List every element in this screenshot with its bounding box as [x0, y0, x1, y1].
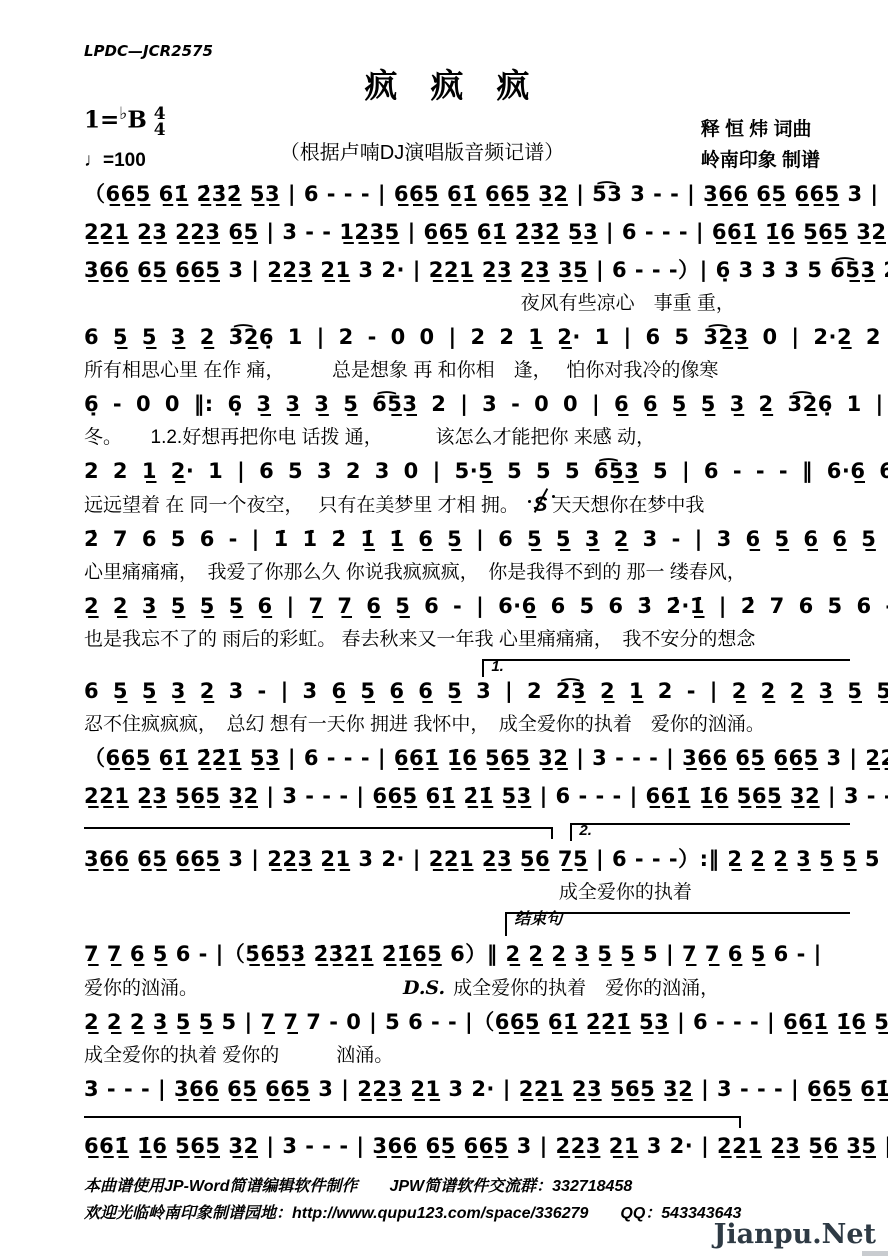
- ending-label: 结束句: [514, 912, 562, 927]
- music-system-7: 2̇ 7 6 5 6 - | 1̇ 1̇ 2̇ 1̲̇ 1̲̇ 6̲ 5̲ | …: [84, 521, 850, 588]
- music-system-16: 6̲6̲1̲̇ 1̲̇6̲ 5̲6̲5̲ 3̲2̲ | 3 - - - | 3̲…: [84, 1128, 850, 1165]
- notation-line: （6̲6̲5̲ 6̲1̲̇ 2̲̇3̲̇2̲̇ 5̲3̲ | 6 - - - |…: [84, 176, 850, 213]
- notation-line: 3̲6̲6̲ 6̲5̲ 6̲6̲5̲ 3 | 2̲2̲3̲ 2̲1̲ 3 2· …: [84, 841, 850, 878]
- lyrics-line: 冬。 1.2.好想再把你电 话拨 通， 该怎么才能把你 来感 动，: [84, 423, 850, 453]
- key-tonic: B: [127, 107, 146, 134]
- catalog-number: LPDC—JCR2575: [84, 42, 213, 60]
- lyrics-segment: 爱你的汹涌。: [84, 978, 198, 999]
- volta-label: 2.: [579, 823, 592, 838]
- volta-1-continuation-line: [84, 827, 553, 839]
- lyrics-line: 忍不住疯疯疯， 总幻 想有一天你 拥进 我怀中， 成全爱你的执着 爱你的汹涌。: [84, 710, 850, 740]
- music-system-15: 3 - - - | 3̲6̲6̲ 6̲5̲ 6̲6̲5̲ 3 | 2̲2̲3̲ …: [84, 1071, 850, 1108]
- music-system-2: 2̲2̲1̲ 2̲3̲ 2̲2̲3̲ 6̲5̲ | 3 - - 1̲2̲3̲5̲…: [84, 214, 850, 251]
- segno-letter: S: [533, 493, 547, 516]
- notation-line: 6̲6̲1̲̇ 1̲̇6̲ 5̲6̲5̲ 3̲2̲ | 3 - - - | 3̲…: [84, 1128, 850, 1165]
- segno-icon: S: [533, 490, 547, 520]
- notation-line: （6̲6̲5̲ 6̲1̲̇ 2̲̇2̲̇1̲̇ 5̲3̲ | 6 - - - |…: [84, 740, 850, 777]
- music-system-5: 6̣ - 0 0 ‖: 6̣ 3̲ 3̲ 3̲ 5̲ 6͡5̲3̲ 2 | 3 …: [84, 386, 850, 453]
- notation-line: 7̲ 7̲ 6̲ 5̲ 6 - |（5̲̇6̲̇5̲̇3̲̇ 2̲̇3̲̇2̲̇…: [84, 936, 850, 973]
- notation-line: 6̣ - 0 0 ‖: 6̣ 3̲ 3̲ 3̲ 5̲ 6͡5̲3̲ 2 | 3 …: [84, 386, 850, 423]
- music-system-13: 结束句 7̲ 7̲ 6̲ 5̲ 6 - |（5̲̇6̲̇5̲̇3̲̇ 2̲̇3̲…: [84, 936, 850, 1004]
- lyrics-line: 夜风有些凉心 事重 重，: [84, 289, 850, 319]
- ending-section-bracket: 结束句: [505, 912, 850, 936]
- lyrics-line: 也是我忘不了的 雨后的彩虹。 春去秋来又一年我 心里痛痛痛， 我不安分的想念: [84, 625, 850, 655]
- notation-line: 3 - - - | 3̲6̲6̲ 6̲5̲ 6̲6̲5̲ 3 | 2̲2̲3̲ …: [84, 1071, 850, 1108]
- music-system-9: 1. 6 5̲ 5̲ 3̲ 2̲ 3 - | 3 6̲ 5̲ 6̲ 6̲ 5̲ …: [84, 673, 850, 740]
- notation-line: 2̲ 2̲ 2̲ 3̲ 5̲ 5̲ 5 | 7̲ 7̲ 7 - 0 | 5 6 …: [84, 1004, 850, 1041]
- notation-line: 2̲2̲1̲ 2̲3̲ 5̲6̲5̲ 3̲2̲ | 3 - - - | 6̲6̲…: [84, 778, 850, 815]
- software-credit: 本曲谱使用JP-Word简谱编辑软件制作 JPW简谱软件交流群：33271845…: [84, 1173, 850, 1200]
- music-system-8: 2̲ 2̲ 3̲ 5̲ 5̲ 5̲ 6̲ | 7̲ 7̲ 6̲ 5̲ 6 - |…: [84, 588, 850, 655]
- notation-line: 2̇ 7 6 5 6 - | 1̇ 1̇ 2̇ 1̲̇ 1̲̇ 6̲ 5̲ | …: [84, 521, 850, 558]
- key-signature: 1=♭B44: [84, 104, 166, 138]
- lyrics-segment: 远远望着 在 同一个夜空， 只有在美梦里 才相 拥。: [84, 495, 528, 516]
- notation-line: 6 5̲ 5̲ 3̲ 2̲ 3 - | 3 6̲ 5̲ 6̲ 6̲ 5̲ 3 |…: [84, 673, 850, 710]
- subtitle: （根据卢喃DJ演唱版音频记谱）: [244, 136, 600, 165]
- meter-bottom: 4: [154, 120, 166, 140]
- notation-line: 3̲6̲6̲ 6̲5̲ 6̲6̲5̲ 3 | 2̲2̲3̲ 2̲1̲ 3 2· …: [84, 252, 850, 289]
- lyrics-line: 心里痛痛痛， 我爱了你那么久 你说我疯疯疯， 你是我得不到的 那一 缕春风，: [84, 558, 850, 588]
- lyrics-line: 爱你的汹涌。D.S.成全爱你的执着 爱你的汹涌，: [84, 973, 850, 1004]
- lyrics-segment: 天天想你在梦中我: [552, 495, 704, 516]
- lyrics-line: 成全爱你的执着: [84, 878, 850, 908]
- lyrics-line: 远远望着 在 同一个夜空， 只有在美梦里 才相 拥。 S天天想你在梦中我: [84, 490, 850, 521]
- tempo-value: =100: [103, 150, 146, 171]
- score-header: LPDC—JCR2575 疯 疯 疯 1=♭B44 （根据卢喃DJ演唱版音频记谱…: [84, 8, 850, 176]
- tempo-marking: ♩=100: [84, 150, 146, 172]
- song-title: 疯 疯 疯: [84, 60, 810, 107]
- credits: 释 恒 炜 词曲 岭南印象 制谱: [701, 114, 820, 176]
- dal-segno-mark: D.S.: [403, 977, 445, 999]
- music-system-11: 2̲2̲1̲ 2̲3̲ 5̲6̲5̲ 3̲2̲ | 3 - - - | 6̲6̲…: [84, 778, 850, 815]
- music-system-3: 3̲6̲6̲ 6̲5̲ 6̲6̲5̲ 3 | 2̲2̲3̲ 2̲1̲ 3 2· …: [84, 252, 850, 319]
- music-system-6: 2 2 1̲ 2̲· 1 | 6 5 3 2 3 0 | 5·5̲ 5 5 5 …: [84, 453, 850, 521]
- volta-bracket-2: 2.: [570, 823, 850, 841]
- lyrics-line: 所有相思心里 在作 痛， 总是想象 再 和你相 逢， 怕你对我冷的像寒: [84, 356, 850, 386]
- sheet-music-page: LPDC—JCR2575 疯 疯 疯 1=♭B44 （根据卢喃DJ演唱版音频记谱…: [0, 0, 888, 1227]
- notation-line: 2̲ 2̲ 3̲ 5̲ 5̲ 5̲ 6̲ | 7̲ 7̲ 6̲ 5̲ 6 - |…: [84, 588, 850, 625]
- music-system-1: （6̲6̲5̲ 6̲1̲̇ 2̲̇3̲̇2̲̇ 5̲3̲ | 6 - - - |…: [84, 176, 850, 213]
- site-watermark: Jianpu.Net: [714, 1219, 876, 1250]
- notation-line: 6 5̲ 5̲ 3̲ 2̲ 3͡2̲6̣ 1 | 2 - 0 0 | 2 2 1…: [84, 319, 850, 356]
- section-continuation-line: [84, 1116, 741, 1128]
- music-system-14: 2̲ 2̲ 2̲ 3̲ 5̲ 5̲ 5 | 7̲ 7̲ 7 - 0 | 5 6 …: [84, 1004, 850, 1071]
- music-system-4: 6 5̲ 5̲ 3̲ 2̲ 3͡2̲6̣ 1 | 2 - 0 0 | 2 2 1…: [84, 319, 850, 386]
- music-system-10: （6̲6̲5̲ 6̲1̲̇ 2̲̇2̲̇1̲̇ 5̲3̲ | 6 - - - |…: [84, 740, 850, 777]
- volta-label: 1.: [491, 659, 504, 674]
- lyrics-segment: 成全爱你的执着 爱你的汹涌，: [453, 978, 719, 999]
- music-system-12: 2. 3̲6̲6̲ 6̲5̲ 6̲6̲5̲ 3 | 2̲2̲3̲ 2̲1̲ 3 …: [84, 841, 850, 908]
- notation-line: 2̲2̲1̲ 2̲3̲ 2̲2̲3̲ 6̲5̲ | 3 - - 1̲2̲3̲5̲…: [84, 214, 850, 251]
- key-prefix: 1=: [84, 107, 119, 134]
- notation-line: 2 2 1̲ 2̲· 1 | 6 5 3 2 3 0 | 5·5̲ 5 5 5 …: [84, 453, 850, 490]
- time-signature: 44: [154, 106, 166, 138]
- lyrics-line: 成全爱你的执着 爱你的 汹涌。: [84, 1041, 850, 1071]
- transcriber: 岭南印象 制谱: [701, 145, 820, 176]
- volta-bracket-1: 1.: [482, 659, 850, 677]
- corner-decoration: [862, 1251, 888, 1256]
- lyricist-composer: 释 恒 炜 词曲: [701, 114, 820, 145]
- note-icon: ♩: [84, 150, 103, 171]
